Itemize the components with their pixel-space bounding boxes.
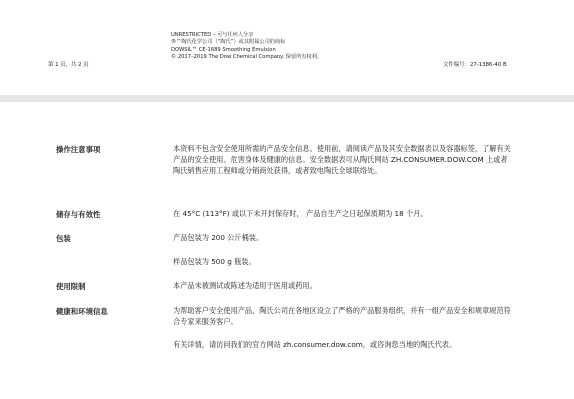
section-text: 产品包装为 200 公斤桶装。 样品包装为 500 g 瓶装。 [173,232,513,267]
trademark-note: ®™陶氏化学公司（“陶氏”）或其附属公司的商标 [171,39,322,46]
section-label: 健康和环境信息 [56,306,108,317]
paragraph: 产品包装为 200 公斤桶装。 [173,232,513,243]
section-text: 在 45°C (113°F) 或以下未开封保存时， 产品自生产之日起保质期为 1… [173,208,553,219]
paragraph: 有关详情，请访问我们的官方网站 zh.consumer.dow.com，或咨询您… [173,339,513,350]
header-info-block: UNRESTRICTED – 可与任何人分享 ®™陶氏化学公司（“陶氏”）或其附… [171,32,322,62]
section-label: 使用限制 [56,281,86,292]
section-text: 本资料不包含安全使用所需的产品安全信息。使用前，请阅读产品及其安全数据表以及容器… [173,143,513,176]
paragraph: 样品包装为 500 g 瓶装。 [173,256,513,267]
section-text: 为帮助客户安全使用产品，陶氏公司在各地区设立了严格的产品服务组织，并有一组产品安… [173,305,513,350]
page-separator [0,95,574,102]
section-label: 操作注意事项 [56,144,100,155]
document-number: 文件编号：27-1386-40 B [443,60,507,68]
copyright-note: © 2017–2019 The Dow Chemical Company. 保留… [171,54,322,61]
page-header: 第 1 页，共 2 页 UNRESTRICTED – 可与任何人分享 ®™陶氏化… [0,0,574,95]
section-label: 储存与有效性 [56,209,100,220]
section-text: 本产品未被测试或陈述为适用于医用或药用。 [173,280,513,291]
paragraph: 本资料不包含安全使用所需的产品安全信息。使用前，请阅读产品及其安全数据表以及容器… [173,143,513,176]
paragraph: 在 45°C (113°F) 或以下未开封保存时， 产品自生产之日起保质期为 1… [173,208,553,219]
paragraph: 本产品未被测试或陈述为适用于医用或药用。 [173,280,513,291]
page-indicator: 第 1 页，共 2 页 [48,60,89,68]
document-body: 操作注意事项 本资料不包含安全使用所需的产品安全信息。使用前，请阅读产品及其安全… [0,102,574,399]
section-label: 包装 [56,233,71,244]
paragraph: 为帮助客户安全使用产品，陶氏公司在各地区设立了严格的产品服务组织，并有一组产品安… [173,305,513,327]
